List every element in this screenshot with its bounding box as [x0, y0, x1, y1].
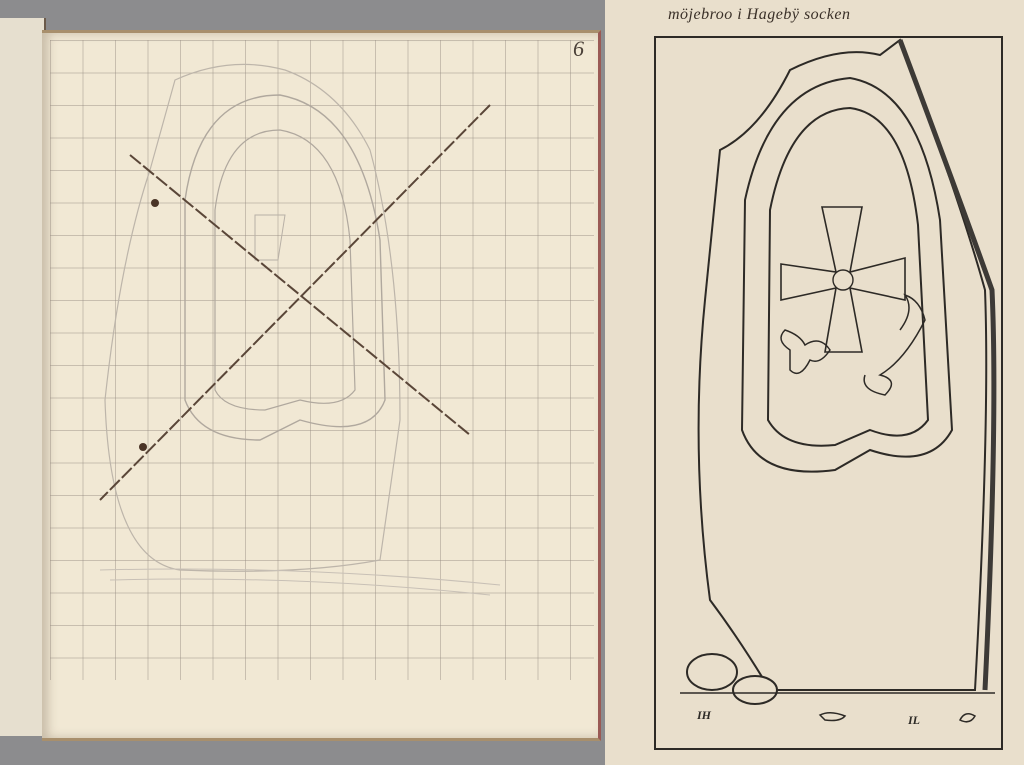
- runestone-woodcut: [0, 0, 1024, 765]
- engraver-initials-left: IH: [697, 708, 711, 723]
- engraver-initials-right: IL: [908, 713, 920, 728]
